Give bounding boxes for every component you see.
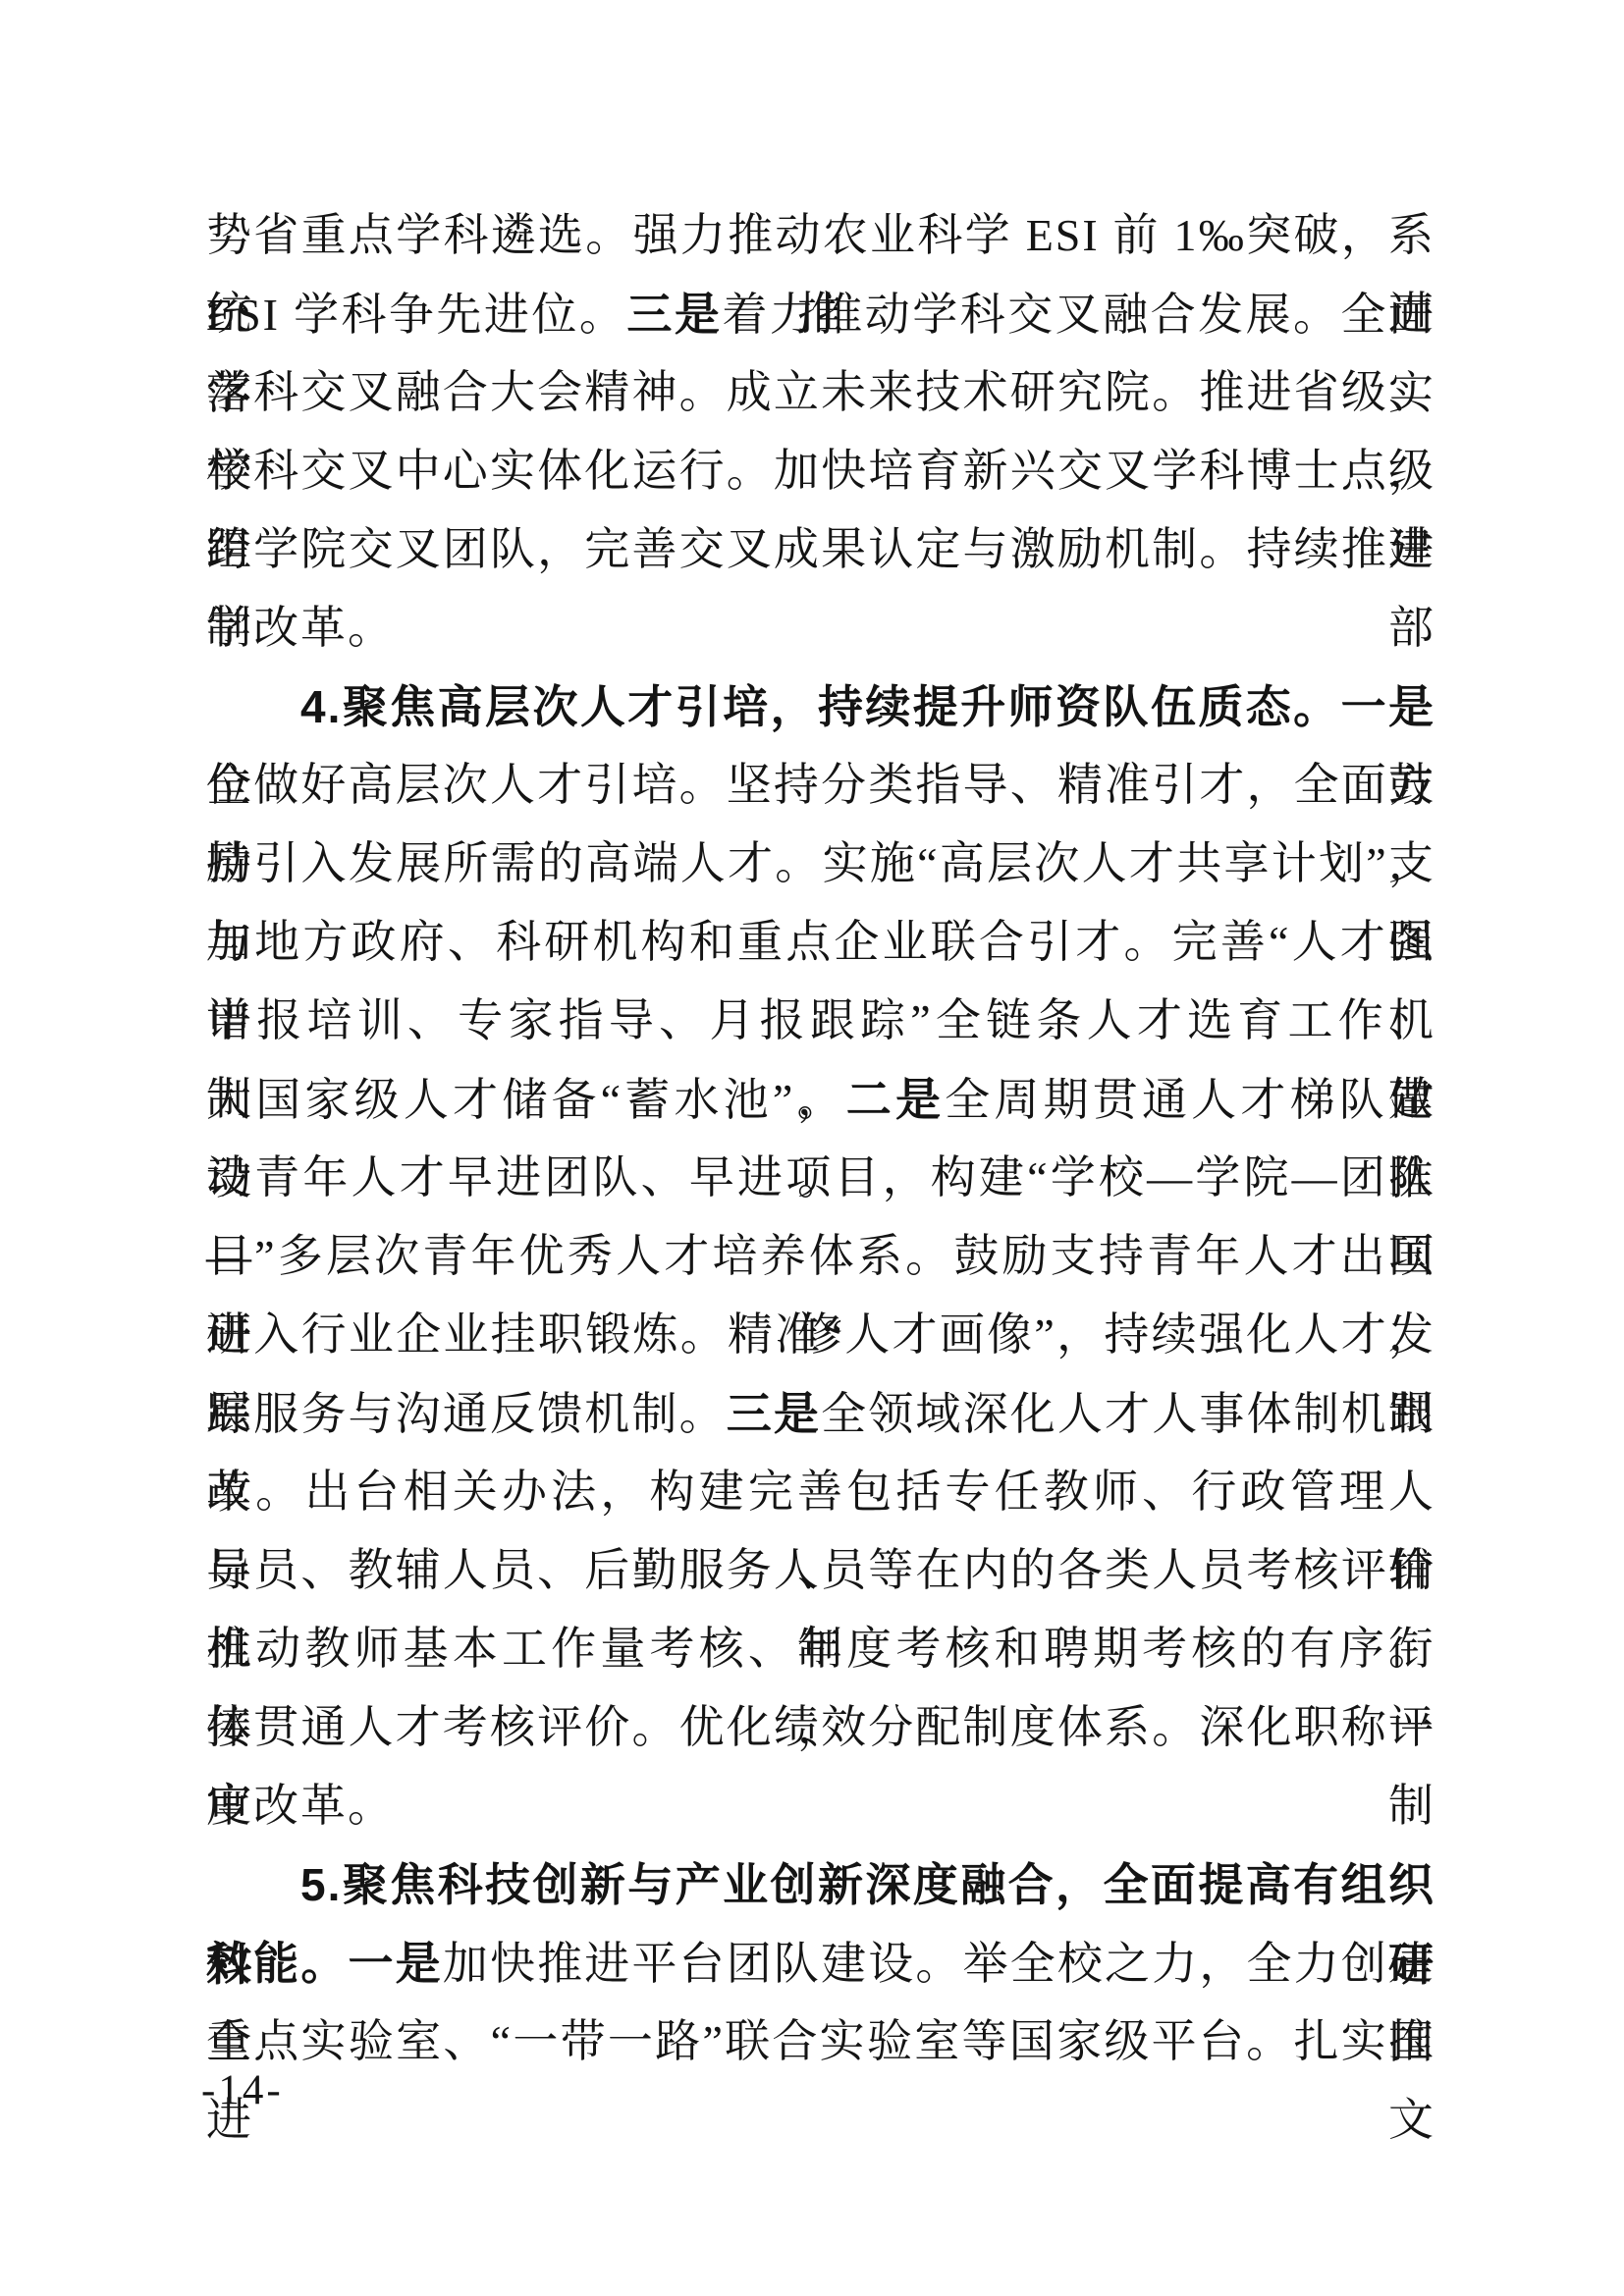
text-line: 效能。一是加快推进平台团队建设。举全校之力，全力创建全国 — [206, 1924, 1435, 2002]
text-line: 位做好高层次人才引培。坚持分类指导、精准引才，全面鼓励支 — [206, 746, 1435, 825]
page-number: -14- — [201, 2059, 284, 2122]
text-line: 5.聚焦科技创新与产业创新深度融合，全面提高有组织科研 — [206, 1845, 1435, 1924]
text-line: 目”多层次青年优秀人才培养体系。鼓励支持青年人才出国研修， — [206, 1217, 1435, 1296]
text-line: 踪服务与沟通反馈机制。三是全领域深化人才人事体制机制改 — [206, 1374, 1435, 1453]
text-segment: 度改革。 — [206, 1781, 395, 1831]
document-page: 势省重点学科遴选。强力推动农业科学 ESI 前 1‰突破，系统推进ESI 学科争… — [0, 0, 1624, 2296]
text-line: 革。出台相关办法，构建完善包括专任教师、行政管理人员、辅 — [206, 1453, 1435, 1531]
emphasis-text-segment: 效能。一是 — [206, 1938, 443, 1989]
emphasis-text-segment: 三是 — [727, 1388, 821, 1439]
text-line: ESI 学科争先进位。三是着力推动学科交叉融合发展。全面落实 — [206, 275, 1435, 353]
text-segment: ESI 学科争先进位。 — [206, 290, 626, 340]
text-line: 进入行业企业挂职锻炼。精准“人才画像”，持续强化人才发展跟 — [206, 1296, 1435, 1374]
text-line: 学科交叉中心实体化运行。加快培育新兴交叉学科博士点，组建 — [206, 432, 1435, 510]
text-line: 动青年人才早进团队、早进项目，构建“学校—学院—团队—项 — [206, 1139, 1435, 1217]
text-segment: 制改革。 — [206, 603, 395, 653]
text-line: 推动教师基本工作量考核、年度考核和聘期考核的有序衔接，一 — [206, 1610, 1435, 1688]
text-segment: 重点实验室、“一带一路”联合实验室等国家级平台。扎实推进文 — [206, 2016, 1435, 2145]
text-line: 持引入发展所需的高端人才。实施“高层次人才共享计划”，加强 — [206, 825, 1435, 903]
text-line: 跨学院交叉团队，完善交叉成果认定与激励机制。持续推进学部 — [206, 510, 1435, 589]
text-segment: 大国家级人才储备“蓄水池”。 — [206, 1075, 846, 1125]
text-line: 学科交叉融合大会精神。成立未来技术研究院。推进省级、校级 — [206, 353, 1435, 432]
text-line: 大国家级人才储备“蓄水池”。二是全周期贯通人才梯队建设。推 — [206, 1060, 1435, 1139]
text-line: 重点实验室、“一带一路”联合实验室等国家级平台。扎实推进文 — [206, 2002, 1435, 2081]
text-segment: 踪服务与沟通反馈机制。 — [206, 1389, 727, 1439]
emphasis-text-segment: 三是 — [626, 289, 722, 340]
text-line: 申报培训、专家指导、月报跟踪”全链条人才选育工作机制，做 — [206, 982, 1435, 1060]
text-line: 势省重点学科遴选。强力推动农业科学 ESI 前 1‰突破，系统推进 — [206, 196, 1435, 275]
text-line: 导员、教辅人员、后勤服务人员等在内的各类人员考核评价机制。 — [206, 1531, 1435, 1610]
text-line: 体贯通人才考核评价。优化绩效分配制度体系。深化职称评审制 — [206, 1688, 1435, 1767]
body-text: 势省重点学科遴选。强力推动农业科学 ESI 前 1‰突破，系统推进ESI 学科争… — [206, 196, 1435, 2081]
emphasis-text-segment: 4.聚焦高层次人才引培，持续提升师资队伍质态。一是 — [300, 681, 1435, 732]
text-line: 与地方政府、科研机构和重点企业联合引才。完善“人才图谱、 — [206, 903, 1435, 982]
emphasis-text-segment: 二是 — [846, 1074, 945, 1125]
text-line: 4.聚焦高层次人才引培，持续提升师资队伍质态。一是全方 — [206, 667, 1435, 746]
